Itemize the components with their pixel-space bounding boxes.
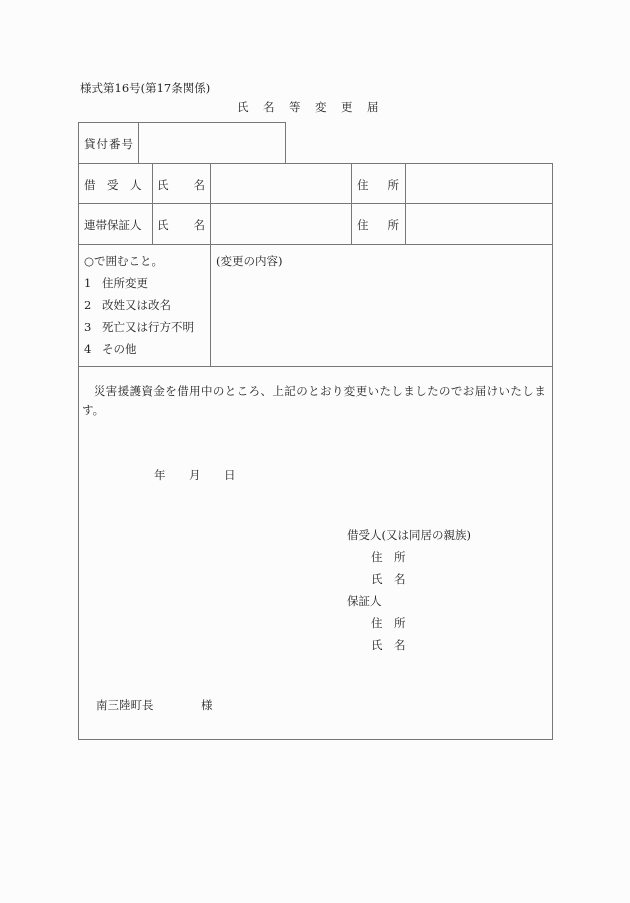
loan-number-label: 貸付番号 (84, 136, 134, 152)
label-char: 所 (388, 177, 400, 193)
date-month-label: 月 (189, 467, 201, 483)
table-col-border (405, 163, 406, 244)
table-right-border (552, 163, 553, 740)
table-left-border (78, 163, 79, 740)
title-char: 名 (263, 99, 289, 115)
guarantor-signatory-address: 住 所 (371, 615, 406, 631)
table-border (78, 366, 553, 367)
change-option-1[interactable]: 1住所変更 (84, 275, 148, 291)
borrower-name-field[interactable] (214, 167, 348, 200)
change-option-4[interactable]: 4その他 (84, 341, 137, 357)
loan-box-top-border (78, 122, 286, 123)
option-label: 死亡又は行方不明 (102, 320, 194, 334)
option-label: その他 (102, 342, 137, 356)
date-year-label: 年 (154, 467, 166, 483)
title-char: 届 (367, 99, 393, 115)
guarantor-signatory-heading: 保証人 (347, 593, 382, 609)
guarantor-name-label: 氏名 (157, 217, 205, 233)
table-col-border (152, 163, 153, 244)
table-border (78, 739, 553, 740)
declaration-text-line1: 災害援護資金を借用中のところ、上記のとおり変更いたしましたのでお届けいたしま (82, 383, 546, 399)
borrower-signatory-heading: 借受人(又は同居の親族) (347, 527, 471, 543)
change-details-field[interactable] (214, 270, 548, 362)
label-char: 住 (357, 217, 369, 233)
change-details-label: (変更の内容) (216, 253, 282, 269)
title-char: 変 (315, 99, 341, 115)
loan-box-right-border (285, 122, 286, 163)
borrower-signatory-address: 住 所 (371, 549, 406, 565)
change-option-3[interactable]: 3死亡又は行方不明 (84, 319, 194, 335)
date-day-label: 日 (224, 467, 236, 483)
option-number: 4 (84, 342, 102, 356)
label-char: 住 (357, 177, 369, 193)
addressee: 南三陸町長 (96, 697, 154, 713)
title-char: 氏 (237, 99, 263, 115)
borrower-signatory-name: 氏 名 (371, 571, 406, 587)
title-char: 更 (341, 99, 367, 115)
table-border (78, 244, 553, 245)
label-char: 氏 (157, 177, 169, 193)
label-char: 名 (194, 217, 206, 233)
change-instruction: ○で囲むこと。 (84, 253, 163, 269)
form-title: 氏名等変更届 (237, 99, 393, 115)
label-char: 名 (194, 177, 206, 193)
option-label: 住所変更 (102, 276, 148, 290)
table-border (78, 163, 553, 164)
table-col-border (351, 163, 352, 244)
guarantor-address-field[interactable] (409, 207, 549, 240)
guarantor-label: 連帯保証人 (84, 217, 142, 233)
table-border (78, 203, 553, 204)
label-char: 氏 (157, 217, 169, 233)
borrower-address-label: 住所 (357, 177, 399, 193)
loan-box-divider (138, 122, 139, 163)
label-char: 所 (388, 217, 400, 233)
borrower-address-field[interactable] (409, 167, 549, 200)
form-number: 様式第16号(第17条関係) (80, 80, 210, 96)
guarantor-signatory-name: 氏 名 (371, 637, 406, 653)
loan-number-field[interactable] (142, 126, 282, 159)
option-number: 3 (84, 320, 102, 334)
option-label: 改姓又は改名 (102, 298, 171, 312)
borrower-name-label: 氏名 (157, 177, 205, 193)
option-number: 2 (84, 298, 102, 312)
guarantor-address-label: 住所 (357, 217, 399, 233)
guarantor-name-field[interactable] (214, 207, 348, 240)
option-number: 1 (84, 276, 102, 290)
honorific: 様 (201, 697, 213, 713)
title-char: 等 (289, 99, 315, 115)
table-col-border (210, 163, 211, 366)
loan-box-left-border (78, 122, 79, 163)
declaration-text-line2: す。 (82, 402, 104, 418)
borrower-label: 借 受 人 (84, 177, 142, 193)
change-option-2[interactable]: 2改姓又は改名 (84, 297, 171, 313)
